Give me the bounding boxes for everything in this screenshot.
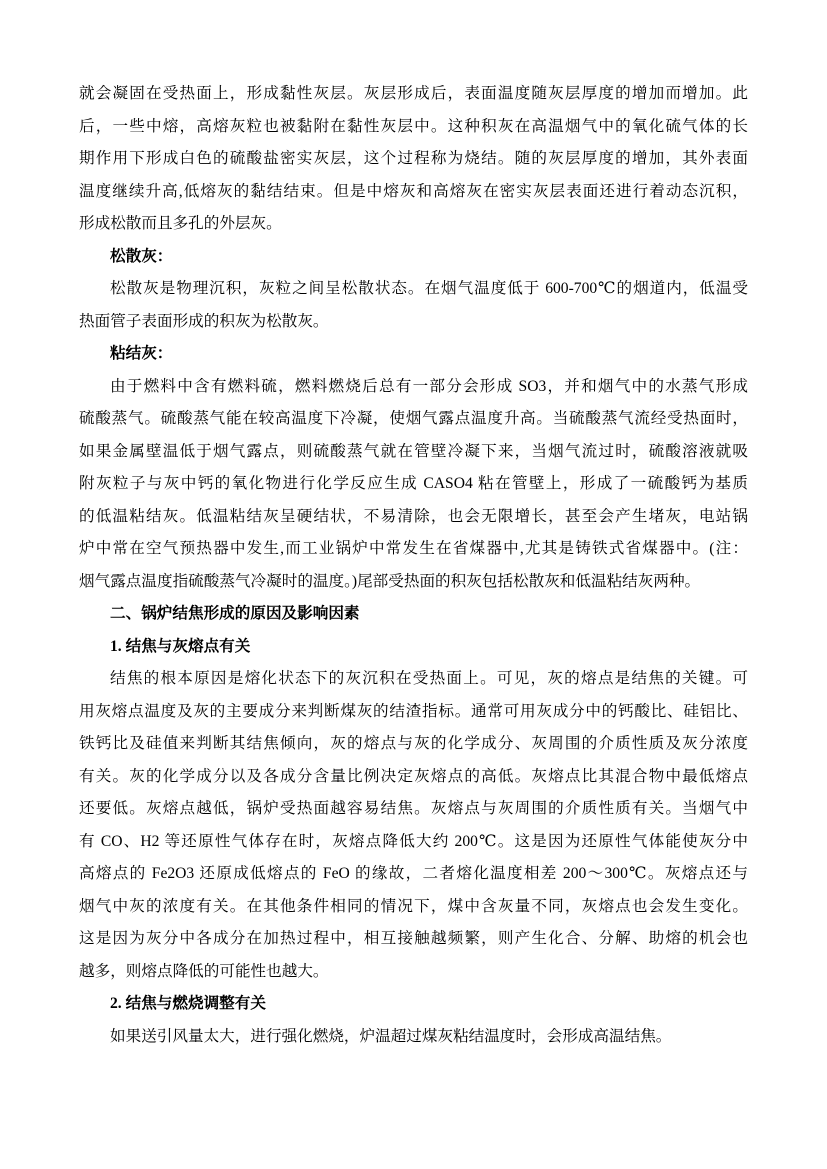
paragraph-line: 形成松散而且多孔的外层灰。 xyxy=(79,208,748,241)
section-heading: 松散灰： xyxy=(79,241,748,274)
paragraph-line: 用灰熔点温度及灰的主要成分来判断煤灰的结渣指标。通常可用灰成分中的钙酸比、硅铝比… xyxy=(79,696,748,729)
paragraph-line: 如果送引风量太大，进行强化燃烧，炉温超过煤灰粘结温度时，会形成高温结焦。 xyxy=(79,1021,748,1054)
section-heading: 粘结灰： xyxy=(79,338,748,371)
paragraph-line: 硫酸蒸气。硫酸蒸气能在较高温度下冷凝，使烟气露点温度升高。当硫酸蒸气流经受热面时… xyxy=(79,403,748,436)
paragraph-line: 结焦的根本原因是熔化状态下的灰沉积在受热面上。可见，灰的熔点是结焦的关键。可 xyxy=(79,663,748,696)
section-heading: 二、锅炉结焦形成的原因及影响因素 xyxy=(79,598,748,631)
paragraph-line: 热面管子表面形成的积灰为松散灰。 xyxy=(79,306,748,339)
paragraph-line: 如果金属壁温低于烟气露点，则硫酸蒸气就在管壁冷凝下来，当烟气流过时，硫酸溶液就吸 xyxy=(79,436,748,469)
paragraph-line: 有关。灰的化学成分以及各成分含量比例决定灰熔点的高低。灰熔点比其混合物中最低熔点 xyxy=(79,761,748,794)
paragraph-line: 有 CO、H2 等还原性气体存在时，灰熔点降低大约 200℃。这是因为还原性气体… xyxy=(79,826,748,859)
document-content: 就会凝固在受热面上，形成黏性灰层。灰层形成后，表面温度随灰层厚度的增加而增加。此… xyxy=(79,78,748,1053)
paragraph-line: 烟气露点温度指硫酸蒸气冷凝时的温度。)尾部受热面的积灰包括松散灰和低温粘结灰两种… xyxy=(79,566,748,599)
paragraph-line: 松散灰是物理沉积，灰粒之间呈松散状态。在烟气温度低于 600-700℃的烟道内，… xyxy=(79,273,748,306)
paragraph-line: 的低温粘结灰。低温粘结灰呈硬结状，不易清除，也会无限增长，甚至会产生堵灰，电站锅 xyxy=(79,501,748,534)
document-page: 就会凝固在受热面上，形成黏性灰层。灰层形成后，表面温度随灰层厚度的增加而增加。此… xyxy=(0,0,827,1169)
paragraph-line: 铁钙比及硅值来判断其结焦倾向，灰的熔点与灰的化学成分、灰周围的介质性质及灰分浓度 xyxy=(79,728,748,761)
section-heading: 2. 结焦与燃烧调整有关 xyxy=(79,988,748,1021)
paragraph-line: 温度继续升高,低熔灰的黏结结束。但是中熔灰和高熔灰在密实灰层表面还进行着动态沉积… xyxy=(79,176,748,209)
paragraph-line: 就会凝固在受热面上，形成黏性灰层。灰层形成后，表面温度随灰层厚度的增加而增加。此 xyxy=(79,78,748,111)
paragraph-line: 还要低。灰熔点越低，锅炉受热面越容易结焦。灰熔点与灰周围的介质性质有关。当烟气中 xyxy=(79,793,748,826)
paragraph-line: 期作用下形成白色的硫酸盐密实灰层，这个过程称为烧结。随的灰层厚度的增加，其外表面 xyxy=(79,143,748,176)
paragraph-line: 附灰粒子与灰中钙的氧化物进行化学反应生成 CASO4 粘在管壁上，形成了一硫酸钙… xyxy=(79,468,748,501)
paragraph-line: 这是因为灰分中各成分在加热过程中，相互接触越频繁，则产生化合、分解、助熔的机会也 xyxy=(79,923,748,956)
paragraph-line: 高熔点的 Fe2O3 还原成低熔点的 FeO 的缘故，二者熔化温度相差 200～… xyxy=(79,858,748,891)
paragraph-line: 由于燃料中含有燃料硫，燃料燃烧后总有一部分会形成 SO3，并和烟气中的水蒸气形成 xyxy=(79,371,748,404)
paragraph-line: 越多，则熔点降低的可能性也越大。 xyxy=(79,956,748,989)
section-heading: 1. 结焦与灰熔点有关 xyxy=(79,631,748,664)
paragraph-line: 炉中常在空气预热器中发生,而工业锅炉中常发生在省煤器中,尤其是铸铁式省煤器中。(… xyxy=(79,533,748,566)
paragraph-line: 烟气中灰的浓度有关。在其他条件相同的情况下，煤中含灰量不同，灰熔点也会发生变化。 xyxy=(79,891,748,924)
paragraph-line: 后，一些中熔，高熔灰粒也被黏附在黏性灰层中。这种积灰在高温烟气中的氧化硫气体的长 xyxy=(79,111,748,144)
